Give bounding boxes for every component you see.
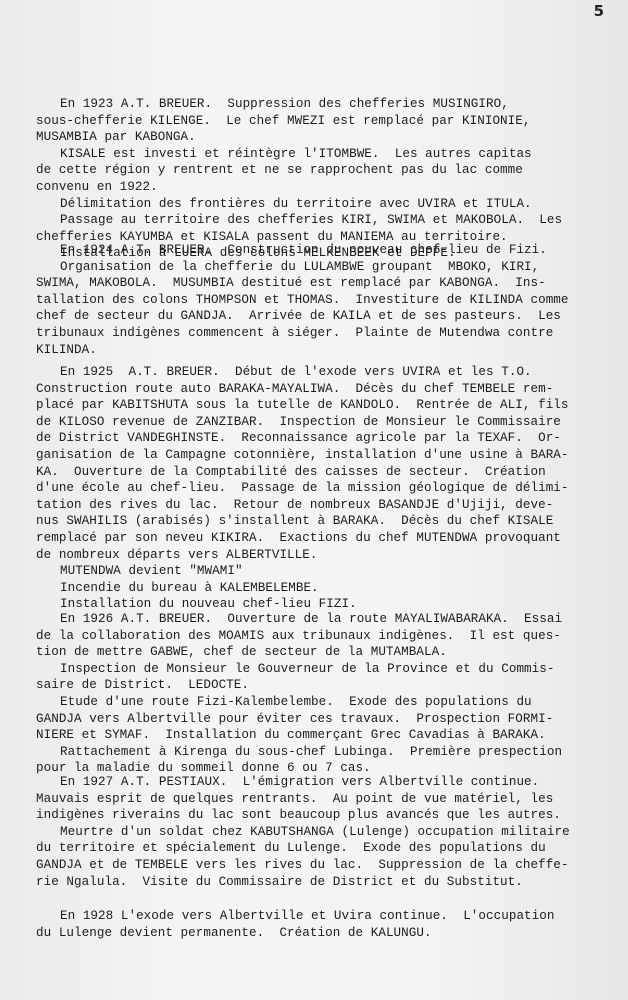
- text-line: Meurtre d'un soldat chez KABUTSHANGA (Lu…: [60, 824, 570, 840]
- text-line: En 1928 L'exode vers Albertville et Uvir…: [60, 908, 555, 924]
- text-line: rie Ngalula. Visite du Commissaire de Di…: [36, 874, 523, 890]
- text-line: chef de secteur du GANDJA. Arrivée de KA…: [36, 308, 561, 324]
- text-line: En 1924 A.T. BREUER. Construction du nou…: [60, 242, 547, 258]
- text-line: Mauvais esprit de quelques rentrants. Au…: [36, 791, 553, 807]
- text-line: KILINDA.: [36, 342, 97, 358]
- text-line: Etude d'une route Fizi-Kalembelembe. Exo…: [60, 694, 532, 710]
- text-line: indigènes riverains du lac sont beaucoup…: [36, 807, 561, 823]
- text-line: tribunaux indigènes commencent à siéger.…: [36, 325, 553, 341]
- text-line: tallation des colons THOMPSON et THOMAS.…: [36, 292, 569, 308]
- text-line: Rattachement à Kirenga du sous-chef Lubi…: [60, 744, 562, 760]
- text-line: du Lulenge devient permanente. Création …: [36, 925, 432, 941]
- page-number: 5: [594, 2, 604, 20]
- text-line: MUTENDWA devient "MWAMI": [60, 563, 243, 579]
- text-line: de cette région y rentrent et ne se rapp…: [36, 162, 523, 178]
- text-line: En 1925 A.T. BREUER. Début de l'exode ve…: [60, 364, 532, 380]
- text-line: NIERE et SYMAF. Installation du commerça…: [36, 727, 546, 743]
- text-line: de la collaboration des MOAMIS aux tribu…: [36, 628, 561, 644]
- text-line: d'une école au chef-lieu. Passage de la …: [36, 480, 569, 496]
- text-line: Passage au territoire des chefferies KIR…: [60, 212, 562, 228]
- text-line: placé par KABITSHUTA sous la tutelle de …: [36, 397, 569, 413]
- text-line: ganisation de la Campagne cotonnière, in…: [36, 447, 569, 463]
- text-line: nus SWAHILIS (arabisés) s'installent à B…: [36, 513, 553, 529]
- text-line: convenu en 1922.: [36, 179, 158, 195]
- text-line: de nombreux départs vers ALBERTVILLE.: [36, 547, 317, 563]
- text-line: de KILOSO revenue de ZANZIBAR. Inspectio…: [36, 414, 561, 430]
- text-line: Installation du nouveau chef-lieu FIZI.: [60, 596, 357, 612]
- text-line: Construction route auto BARAKA-MAYALIWA.…: [36, 381, 553, 397]
- text-line: Inspection de Monsieur le Gouverneur de …: [60, 661, 555, 677]
- text-line: saire de District. LEDOCTE.: [36, 677, 249, 693]
- text-line: du territoire et spécialement du Lulenge…: [36, 840, 546, 856]
- text-line: Organisation de la chefferie du LULAMBWE…: [60, 259, 539, 275]
- text-line: Incendie du bureau à KALEMBELEMBE.: [60, 580, 319, 596]
- text-line: de District VANDEGHINSTE. Reconnaissance…: [36, 430, 561, 446]
- text-line: MUSAMBIA par KABONGA.: [36, 129, 196, 145]
- text-line: GANDJA vers Albertville pour éviter ces …: [36, 711, 553, 727]
- text-line: En 1927 A.T. PESTIAUX. L'émigration vers…: [60, 774, 539, 790]
- text-line: KISALE est investi et réintègre l'ITOMBW…: [60, 146, 532, 162]
- text-line: remplacé par son neveu KIKIRA. Exactions…: [36, 530, 561, 546]
- text-line: SWIMA, MAKOBOLA. MUSUMBIA destitué est r…: [36, 275, 546, 291]
- text-line: GANDJA et de TEMBELE vers les rives du l…: [36, 857, 569, 873]
- text-line: Délimitation des frontières du territoir…: [60, 196, 532, 212]
- text-line: En 1926 A.T. BREUER. Ouverture de la rou…: [60, 611, 562, 627]
- text-line: tation des rives du lac. Retour de nombr…: [36, 497, 553, 513]
- text-line: En 1923 A.T. BREUER. Suppression des che…: [60, 96, 509, 112]
- text-line: tion de mettre GABWE, chef de secteur de…: [36, 644, 447, 660]
- text-line: sous-chefferie KILENGE. Le chef MWEZI es…: [36, 113, 531, 129]
- text-line: KA. Ouverture de la Comptabilité des cai…: [36, 464, 546, 480]
